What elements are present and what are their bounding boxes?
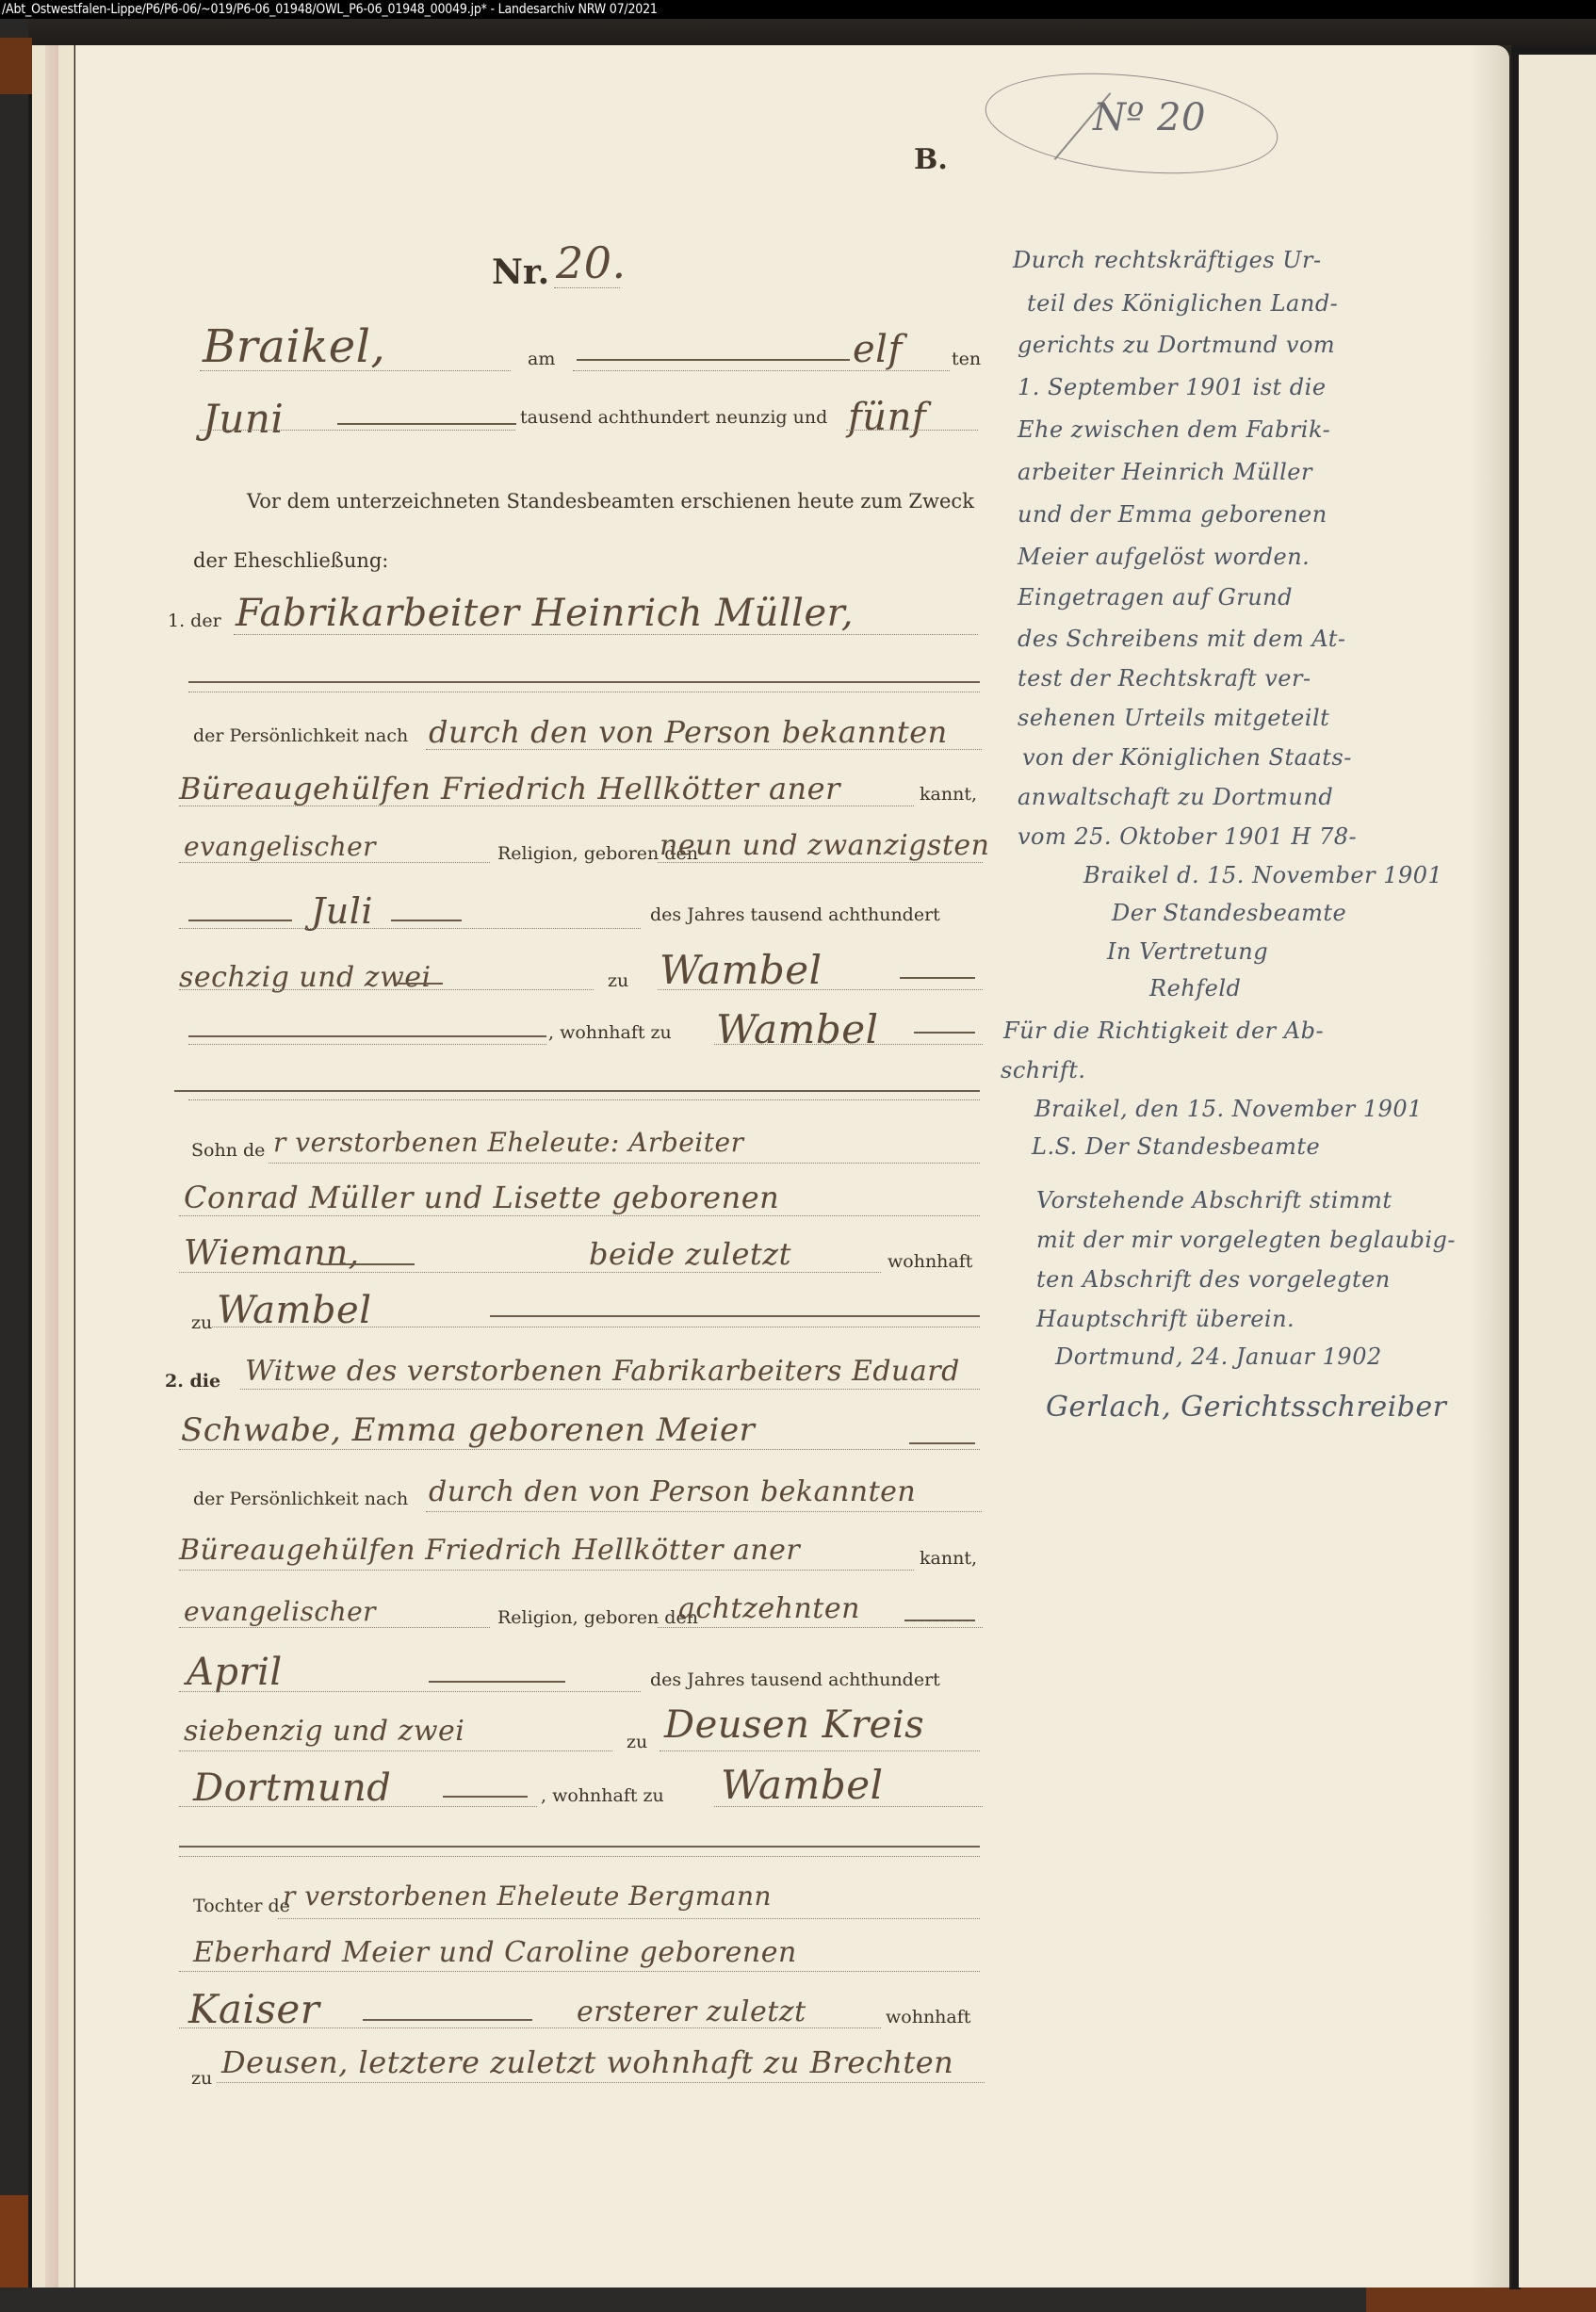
fill-dash [337, 423, 516, 425]
bride-identity-end: kannt, [920, 1548, 977, 1569]
dotted-line [658, 989, 983, 990]
margin-note-line: L.S. Der Standesbeamte [1032, 1133, 1320, 1160]
dotted-line [179, 1750, 612, 1751]
bride-name-2: Schwabe, Emma geborenen Meier [181, 1411, 755, 1449]
dotted-line [240, 1389, 980, 1390]
fill-dash [320, 1263, 415, 1265]
dotted-line [179, 806, 914, 806]
bride-birth-place-1: Deusen Kreis [664, 1703, 924, 1747]
groom-parents-zu: zu [191, 1312, 212, 1333]
bride-religion-label: Religion, geboren den [497, 1607, 698, 1628]
fill-dash [909, 1442, 975, 1444]
bride-birth-month: April [187, 1651, 283, 1694]
margin-note-line: vom 25. Oktober 1901 H 78- [1018, 823, 1357, 850]
year-prefix: tausend achthundert neunzig und [520, 407, 827, 428]
fill-dash [391, 920, 462, 921]
margin-note-line: und der Emma geborenen [1018, 501, 1327, 528]
bride-residence: Wambel [721, 1762, 884, 1808]
dotted-line [179, 1570, 914, 1571]
bride-identity-2: Büreaugehülfen Friedrich Hellkötter aner [179, 1534, 800, 1567]
marriage-month: Juni [203, 396, 284, 442]
book-binding-bottom [0, 2288, 1596, 2312]
bride-parents-label: Tochter de [193, 1896, 290, 1916]
groom-name: Fabrikarbeiter Heinrich Müller, [236, 592, 854, 635]
groom-parents-1: r verstorbenen Eheleute: Arbeiter [273, 1127, 743, 1158]
groom-identity-label: der Persönlichkeit nach [193, 725, 408, 746]
fill-dash [577, 359, 850, 361]
margin-note-line: Gerlach, Gerichtsschreiber [1046, 1391, 1446, 1424]
dotted-line [179, 928, 641, 929]
groom-parents-label: Sohn de [191, 1140, 265, 1161]
dotted-line [188, 1099, 980, 1100]
bride-birth-place-2: Dortmund [193, 1767, 391, 1810]
bride-zu-label: zu [627, 1732, 647, 1752]
facing-page [1519, 55, 1596, 2288]
bride-parents-3: Kaiser [188, 1986, 319, 2032]
fill-dash [900, 977, 975, 979]
dotted-line [426, 749, 982, 750]
groom-identity-end: kannt, [920, 784, 977, 805]
bride-identity-label: der Persönlichkeit nach [193, 1489, 408, 1509]
margin-note-line: 1. September 1901 ist die [1018, 374, 1327, 400]
window-title: /Abt_Ostwestfalen-Lippe/P6/P6-06/~019/P6… [2, 2, 658, 17]
intro-text: Vor dem unterzeichneten Standesbeamten e… [247, 490, 974, 513]
fill-dash [914, 1032, 975, 1034]
margin-note-line: Meier aufgelöst worden. [1018, 544, 1310, 570]
record-number-value: 20. [556, 237, 627, 288]
page-edge [45, 45, 59, 2288]
dotted-line [179, 2027, 881, 2028]
margin-note-line: Vorstehende Abschrift stimmt [1036, 1187, 1392, 1213]
margin-note-line: Eingetragen auf Grund [1018, 584, 1293, 611]
margin-note-line: Braikel, den 15. November 1901 [1034, 1096, 1423, 1122]
margin-note-line: Rehfeld [1149, 975, 1241, 1001]
margin-note-line: schrift. [1001, 1057, 1086, 1083]
dotted-line [179, 1691, 641, 1692]
margin-note-line: anwaltschaft zu Dortmund [1018, 784, 1333, 810]
groom-birth-place: Wambel [660, 947, 822, 993]
margin-note-line: Braikel d. 15. November 1901 [1083, 862, 1442, 888]
dotted-line [660, 1750, 980, 1751]
dotted-line [212, 1327, 980, 1327]
leather-corner-top-left [0, 38, 32, 94]
dotted-line [179, 1215, 980, 1216]
bride-religion: evangelischer [184, 1596, 376, 1627]
dotted-line [179, 862, 490, 863]
fill-rule [179, 1846, 980, 1848]
groom-religion: evangelischer [184, 831, 376, 862]
dotted-line [188, 1044, 546, 1045]
dotted-line [658, 862, 983, 863]
margin-note-line: mit der mir vorgelegten beglaubig- [1036, 1227, 1456, 1253]
margin-note-line: In Vertretung [1107, 938, 1268, 965]
groom-index: 1. der [168, 611, 221, 631]
dotted-line [714, 1044, 983, 1045]
dotted-line [217, 2082, 985, 2083]
record-number-label: Nr. [492, 252, 549, 292]
intro-text-cont: der Eheschließung: [193, 549, 388, 572]
stamp-number: Nº 20 [1093, 96, 1206, 139]
fill-dash [396, 983, 443, 985]
section-letter: B. [914, 143, 948, 176]
margin-note-line: Der Standesbeamte [1112, 900, 1346, 926]
bride-parents-residence-label: wohnhaft [886, 2007, 970, 2027]
bride-parents-residence: Deusen, letztere zuletzt wohnhaft zu Bre… [221, 2044, 953, 2080]
dotted-line [200, 430, 515, 431]
margin-note-line: Durch rechtskräftiges Ur- [1013, 247, 1322, 273]
page-edge [58, 45, 74, 2288]
bride-name-1: Witwe des verstorbenen Fabrikarbeiters E… [245, 1355, 960, 1388]
margin-note-line: von der Königlichen Staats- [1022, 744, 1352, 771]
page-curve-shadow [1470, 45, 1511, 2288]
dotted-line [714, 1806, 983, 1807]
dotted-line [179, 1627, 490, 1628]
margin-note-line: des Schreibens mit dem At- [1018, 626, 1346, 652]
fill-rule [490, 1315, 980, 1317]
margin-note-line: arbeiter Heinrich Müller [1018, 459, 1312, 485]
marriage-day: elf [853, 328, 903, 371]
bride-birth-day: achtzehnten [678, 1592, 860, 1625]
bride-index: 2. die [165, 1371, 220, 1392]
bride-identity-1: durch den von Person bekannten [429, 1475, 916, 1508]
dotted-line [179, 1272, 881, 1273]
dotted-line [658, 1627, 983, 1628]
ten-label: ten [952, 349, 981, 369]
groom-residence: Wambel [716, 1006, 879, 1052]
groom-parents-2: Conrad Müller und Lisette geborenen [184, 1180, 779, 1215]
book-binding-top [0, 19, 1596, 47]
groom-residence-label: , wohnhaft zu [548, 1022, 672, 1043]
dotted-line [200, 370, 511, 371]
fill-rule [188, 1035, 546, 1037]
bride-parents-1: r verstorbenen Eheleute Bergmann [283, 1881, 772, 1912]
bride-parents-3b: ersterer zuletzt [577, 1995, 806, 2028]
fill-rule [363, 2019, 532, 2021]
groom-zu-label: zu [608, 970, 628, 991]
margin-note-line: Ehe zwischen dem Fabrik- [1018, 416, 1330, 443]
dotted-line [278, 1918, 980, 1919]
dotted-line [179, 989, 594, 990]
groom-parents-residence-label: wohnhaft [888, 1251, 972, 1272]
bride-birth-year: siebenzig und zwei [184, 1715, 464, 1748]
bride-residence-label: , wohnhaft zu [541, 1785, 664, 1806]
fill-dash [188, 920, 292, 921]
margin-note-line: teil des Königlichen Land- [1027, 290, 1338, 317]
groom-parents-3b: beide zuletzt [589, 1236, 791, 1272]
page-edge [32, 45, 46, 2288]
place: Braikel, [203, 320, 385, 373]
margin-note-line: ten Abschrift des vorgelegten [1036, 1266, 1391, 1293]
bride-parents-2: Eberhard Meier und Caroline geborenen [193, 1936, 797, 1969]
leather-corner-bottom-right [1366, 2284, 1596, 2312]
groom-parents-3: Wiemann, [184, 1234, 360, 1273]
dotted-line [554, 287, 620, 288]
fill-rule [188, 681, 980, 683]
groom-year-label: des Jahres tausend achthundert [650, 904, 940, 925]
fill-dash [443, 1796, 528, 1798]
groom-identity-1: durch den von Person bekannten [429, 714, 948, 750]
dotted-line [234, 634, 978, 635]
bride-parents-zu: zu [191, 2068, 212, 2089]
dotted-line [179, 1856, 980, 1857]
fill-dash [904, 1620, 975, 1621]
margin-note-line: test der Rechtskraft ver- [1018, 665, 1311, 692]
marriage-year-suffix: fünf [848, 396, 926, 439]
margin-note-line: gerichts zu Dortmund vom [1018, 332, 1335, 358]
dotted-line [179, 1449, 980, 1450]
groom-birth-month: Juli [311, 890, 373, 932]
am-label: am [528, 349, 555, 369]
bride-year-label: des Jahres tausend achthundert [650, 1669, 940, 1690]
fill-rule [174, 1090, 980, 1092]
dotted-line [846, 430, 978, 431]
margin-note-line: sehenen Urteils mitgeteilt [1018, 705, 1329, 731]
groom-identity-2: Büreaugehülfen Friedrich Hellkötter aner [179, 771, 840, 806]
margin-note-line: Für die Richtigkeit der Ab- [1003, 1018, 1324, 1044]
book-binding-left [0, 19, 28, 2312]
dotted-line [179, 1971, 980, 1972]
groom-birth-day: neun und zwanzigsten [660, 829, 989, 862]
window-title-bar: /Abt_Ostwestfalen-Lippe/P6/P6-06/~019/P6… [0, 0, 1596, 19]
margin-note-line: Dortmund, 24. Januar 1902 [1055, 1343, 1382, 1370]
dotted-line [269, 1163, 980, 1164]
margin-note-line: Hauptschrift überein. [1036, 1306, 1295, 1332]
dotted-line [188, 692, 980, 692]
dotted-line [426, 1511, 982, 1512]
fill-dash [429, 1681, 565, 1683]
dotted-line [179, 1806, 537, 1807]
